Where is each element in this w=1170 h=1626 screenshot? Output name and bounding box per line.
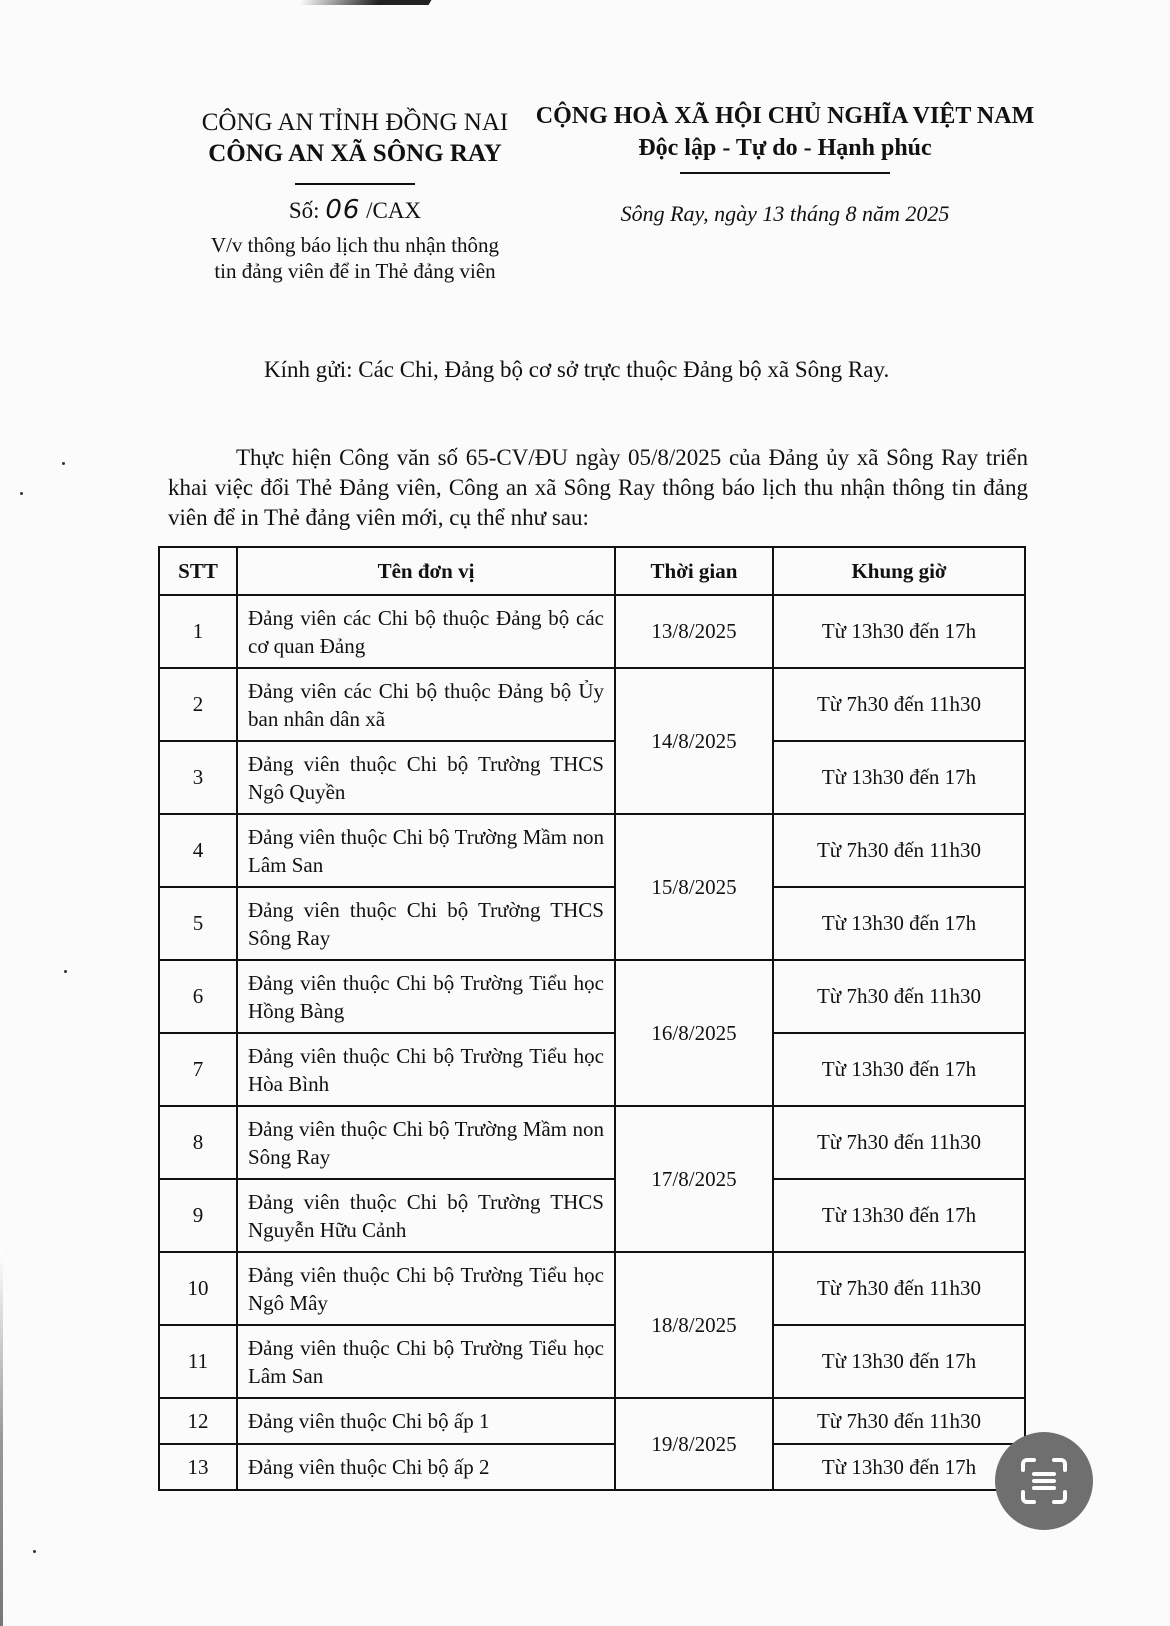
time-slot: Từ 7h30 đến 11h30 (773, 960, 1025, 1033)
parent-agency: CÔNG AN TỈNH ĐỒNG NAI (170, 108, 540, 138)
time-slot: Từ 7h30 đến 11h30 (773, 1252, 1025, 1325)
time-slot: Từ 13h30 đến 17h (773, 1033, 1025, 1106)
national-header-block: CỘNG HOÀ XÃ HỘI CHỦ NGHĨA VIỆT NAM Độc l… (530, 100, 1040, 227)
scan-speck (33, 1550, 36, 1553)
document-number: Số: 06 /CAX (170, 195, 540, 226)
schedule-date: 19/8/2025 (615, 1398, 773, 1490)
time-slot: Từ 13h30 đến 17h (773, 741, 1025, 814)
schedule-date: 14/8/2025 (615, 668, 773, 814)
divider (295, 183, 415, 185)
table-row: 6Đảng viên thuộc Chi bộ Trường Tiểu học … (159, 960, 1025, 1033)
schedule-date: 15/8/2025 (615, 814, 773, 960)
table-row: 2Đảng viên các Chi bộ thuộc Đảng bộ Ủy b… (159, 668, 1025, 741)
row-number: 6 (159, 960, 237, 1033)
table-header-row: STT Tên đơn vị Thời gian Khung giờ (159, 547, 1025, 595)
time-slot: Từ 13h30 đến 17h (773, 1325, 1025, 1398)
table-row: 8Đảng viên thuộc Chi bộ Trường Mầm non S… (159, 1106, 1025, 1179)
schedule-date: 13/8/2025 (615, 595, 773, 668)
unit-name: Đảng viên thuộc Chi bộ Trường THCS Ngô Q… (237, 741, 615, 814)
table-row: 1Đảng viên các Chi bộ thuộc Đảng bộ các … (159, 595, 1025, 668)
unit-name: Đảng viên thuộc Chi bộ ấp 1 (237, 1398, 615, 1444)
national-motto: Độc lập - Tự do - Hạnh phúc (530, 132, 1040, 164)
table-row: 10Đảng viên thuộc Chi bộ Trường Tiểu học… (159, 1252, 1025, 1325)
row-number: 10 (159, 1252, 237, 1325)
place-and-date: Sông Ray, ngày 13 tháng 8 năm 2025 (530, 201, 1040, 227)
unit-name: Đảng viên thuộc Chi bộ Trường Tiểu học L… (237, 1325, 615, 1398)
row-number: 5 (159, 887, 237, 960)
row-number: 13 (159, 1444, 237, 1490)
subject-line: tin đảng viên để in Thẻ đảng viên (170, 258, 540, 284)
handwritten-number: 06 (325, 195, 360, 225)
issuing-agency-block: CÔNG AN TỈNH ĐỒNG NAI CÔNG AN XÃ SÔNG RA… (170, 108, 540, 284)
unit-name: Đảng viên thuộc Chi bộ ấp 2 (237, 1444, 615, 1490)
table-row: 13Đảng viên thuộc Chi bộ ấp 2Từ 13h30 đế… (159, 1444, 1025, 1490)
unit-name: Đảng viên các Chi bộ thuộc Đảng bộ các c… (237, 595, 615, 668)
text-scan-icon (1019, 1456, 1069, 1506)
table-row: 7Đảng viên thuộc Chi bộ Trường Tiểu học … (159, 1033, 1025, 1106)
number-suffix: /CAX (366, 198, 421, 223)
row-number: 12 (159, 1398, 237, 1444)
row-number: 3 (159, 741, 237, 814)
intro-paragraph: Thực hiện Công văn số 65-CV/ĐU ngày 05/8… (168, 443, 1028, 533)
scan-speck (62, 462, 65, 465)
row-number: 4 (159, 814, 237, 887)
table-row: 9Đảng viên thuộc Chi bộ Trường THCS Nguy… (159, 1179, 1025, 1252)
unit-name: Đảng viên thuộc Chi bộ Trường Mầm non Sô… (237, 1106, 615, 1179)
subject: V/v thông báo lịch thu nhận thông tin đả… (170, 232, 540, 284)
row-number: 9 (159, 1179, 237, 1252)
nation-title: CỘNG HOÀ XÃ HỘI CHỦ NGHĨA VIỆT NAM (530, 100, 1040, 132)
page-edge-shadow (0, 1250, 3, 1626)
schedule-date: 17/8/2025 (615, 1106, 773, 1252)
time-slot: Từ 7h30 đến 11h30 (773, 814, 1025, 887)
time-slot: Từ 13h30 đến 17h (773, 595, 1025, 668)
time-slot: Từ 13h30 đến 17h (773, 1179, 1025, 1252)
header-date: Thời gian (615, 547, 773, 595)
time-slot: Từ 13h30 đến 17h (773, 1444, 1025, 1490)
text-scan-button[interactable] (995, 1432, 1093, 1530)
unit-name: Đảng viên các Chi bộ thuộc Đảng bộ Ủy ba… (237, 668, 615, 741)
unit-name: Đảng viên thuộc Chi bộ Trường THCS Sông … (237, 887, 615, 960)
subject-line: V/v thông báo lịch thu nhận thông (170, 232, 540, 258)
scan-speck (64, 970, 67, 973)
scan-artifact-mark (299, 0, 432, 5)
unit-name: Đảng viên thuộc Chi bộ Trường Tiểu học H… (237, 960, 615, 1033)
time-slot: Từ 7h30 đến 11h30 (773, 1106, 1025, 1179)
table-row: 11Đảng viên thuộc Chi bộ Trường Tiểu học… (159, 1325, 1025, 1398)
row-number: 8 (159, 1106, 237, 1179)
unit-name: Đảng viên thuộc Chi bộ Trường Tiểu học N… (237, 1252, 615, 1325)
header-slot: Khung giờ (773, 547, 1025, 595)
table-row: 12Đảng viên thuộc Chi bộ ấp 119/8/2025Từ… (159, 1398, 1025, 1444)
schedule-table: STT Tên đơn vị Thời gian Khung giờ 1Đảng… (158, 546, 1026, 1491)
time-slot: Từ 7h30 đến 11h30 (773, 1398, 1025, 1444)
unit-name: Đảng viên thuộc Chi bộ Trường Mầm non Lâ… (237, 814, 615, 887)
unit-name: Đảng viên thuộc Chi bộ Trường Tiểu học H… (237, 1033, 615, 1106)
agency-name: CÔNG AN XÃ SÔNG RAY (170, 138, 540, 170)
schedule-date: 16/8/2025 (615, 960, 773, 1106)
row-number: 2 (159, 668, 237, 741)
row-number: 11 (159, 1325, 237, 1398)
unit-name: Đảng viên thuộc Chi bộ Trường THCS Nguyễ… (237, 1179, 615, 1252)
header-stt: STT (159, 547, 237, 595)
recipient-line: Kính gửi: Các Chi, Đảng bộ cơ sở trực th… (264, 357, 889, 383)
time-slot: Từ 7h30 đến 11h30 (773, 668, 1025, 741)
divider (680, 172, 890, 174)
scanned-document-page: CÔNG AN TỈNH ĐỒNG NAI CÔNG AN XÃ SÔNG RA… (0, 0, 1170, 1626)
table-row: 4Đảng viên thuộc Chi bộ Trường Mầm non L… (159, 814, 1025, 887)
row-number: 1 (159, 595, 237, 668)
row-number: 7 (159, 1033, 237, 1106)
header-unit: Tên đơn vị (237, 547, 615, 595)
schedule-date: 18/8/2025 (615, 1252, 773, 1398)
number-label: Số: (289, 198, 320, 223)
time-slot: Từ 13h30 đến 17h (773, 887, 1025, 960)
table-row: 5Đảng viên thuộc Chi bộ Trường THCS Sông… (159, 887, 1025, 960)
table-row: 3Đảng viên thuộc Chi bộ Trường THCS Ngô … (159, 741, 1025, 814)
scan-speck (20, 492, 23, 495)
